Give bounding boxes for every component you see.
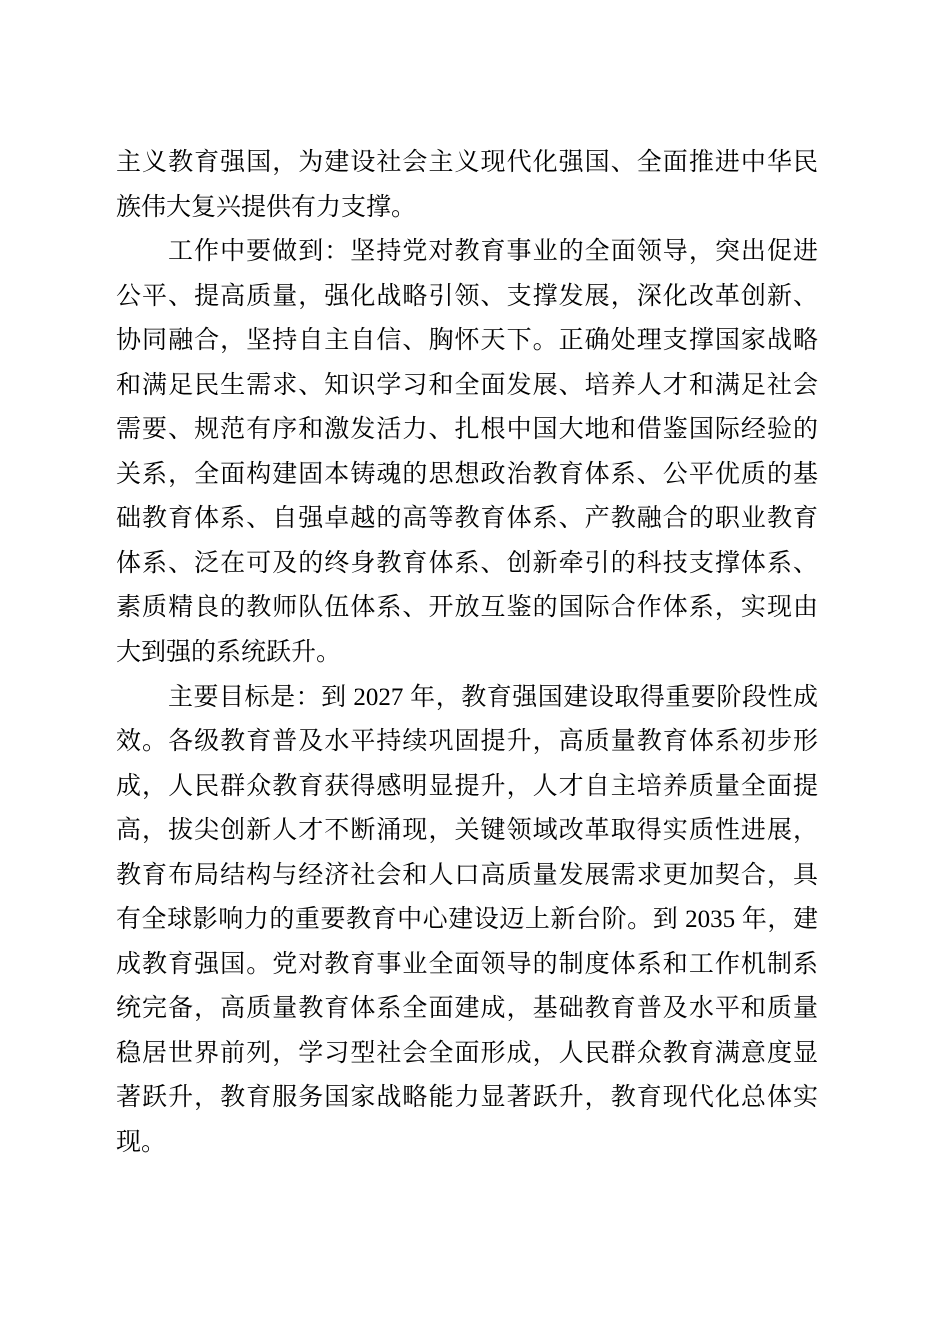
paragraph-1: 主义教育强国，为建设社会主义现代化强国、全面推进中华民 族伟大复兴提供有力支撑。 xyxy=(116,141,818,230)
text-line: 成教育强国。党对教育事业全面领导的制度体系和工作机制系 xyxy=(116,943,818,988)
text-line: 现。 xyxy=(116,1121,818,1166)
text-line: 体系、泛在可及的终身教育体系、创新牵引的科技支撑体系、 xyxy=(116,542,818,587)
text-line: 主要目标是：到 2027 年，教育强国建设取得重要阶段性成 xyxy=(116,676,818,721)
document-page: 主义教育强国，为建设社会主义现代化强国、全面推进中华民 族伟大复兴提供有力支撑。… xyxy=(0,0,950,1344)
text-line: 教育布局结构与经济社会和人口高质量发展需求更加契合，具 xyxy=(116,854,818,899)
text-line: 成，人民群众教育获得感明显提升，人才自主培养质量全面提 xyxy=(116,765,818,810)
text-line: 效。各级教育普及水平持续巩固提升，高质量教育体系初步形 xyxy=(116,720,818,765)
text-line: 高，拔尖创新人才不断涌现，关键领域改革取得实质性进展， xyxy=(116,809,818,854)
text-line: 需要、规范有序和激发活力、扎根中国大地和借鉴国际经验的 xyxy=(116,408,818,453)
text-line: 素质精良的教师队伍体系、开放互鉴的国际合作体系，实现由 xyxy=(116,586,818,631)
text-line: 族伟大复兴提供有力支撑。 xyxy=(116,186,818,231)
paragraph-2: 工作中要做到：坚持党对教育事业的全面领导，突出促进 公平、提高质量，强化战略引领… xyxy=(116,230,818,675)
document-text-body: 主义教育强国，为建设社会主义现代化强国、全面推进中华民 族伟大复兴提供有力支撑。… xyxy=(116,141,818,1166)
text-line: 公平、提高质量，强化战略引领、支撑发展，深化改革创新、 xyxy=(116,275,818,320)
text-line: 大到强的系统跃升。 xyxy=(116,631,818,676)
text-line: 协同融合，坚持自主自信、胸怀天下。正确处理支撑国家战略 xyxy=(116,319,818,364)
text-line: 主义教育强国，为建设社会主义现代化强国、全面推进中华民 xyxy=(116,141,818,186)
text-line: 统完备，高质量教育体系全面建成，基础教育普及水平和质量 xyxy=(116,987,818,1032)
text-line: 稳居世界前列，学习型社会全面形成，人民群众教育满意度显 xyxy=(116,1032,818,1077)
text-line: 著跃升，教育服务国家战略能力显著跃升，教育现代化总体实 xyxy=(116,1076,818,1121)
text-line: 有全球影响力的重要教育中心建设迈上新台阶。到 2035 年，建 xyxy=(116,898,818,943)
text-line: 础教育体系、自强卓越的高等教育体系、产教融合的职业教育 xyxy=(116,497,818,542)
text-line: 关系，全面构建固本铸魂的思想政治教育体系、公平优质的基 xyxy=(116,453,818,498)
text-line: 和满足民生需求、知识学习和全面发展、培养人才和满足社会 xyxy=(116,364,818,409)
paragraph-3: 主要目标是：到 2027 年，教育强国建设取得重要阶段性成 效。各级教育普及水平… xyxy=(116,676,818,1166)
text-line: 工作中要做到：坚持党对教育事业的全面领导，突出促进 xyxy=(116,230,818,275)
